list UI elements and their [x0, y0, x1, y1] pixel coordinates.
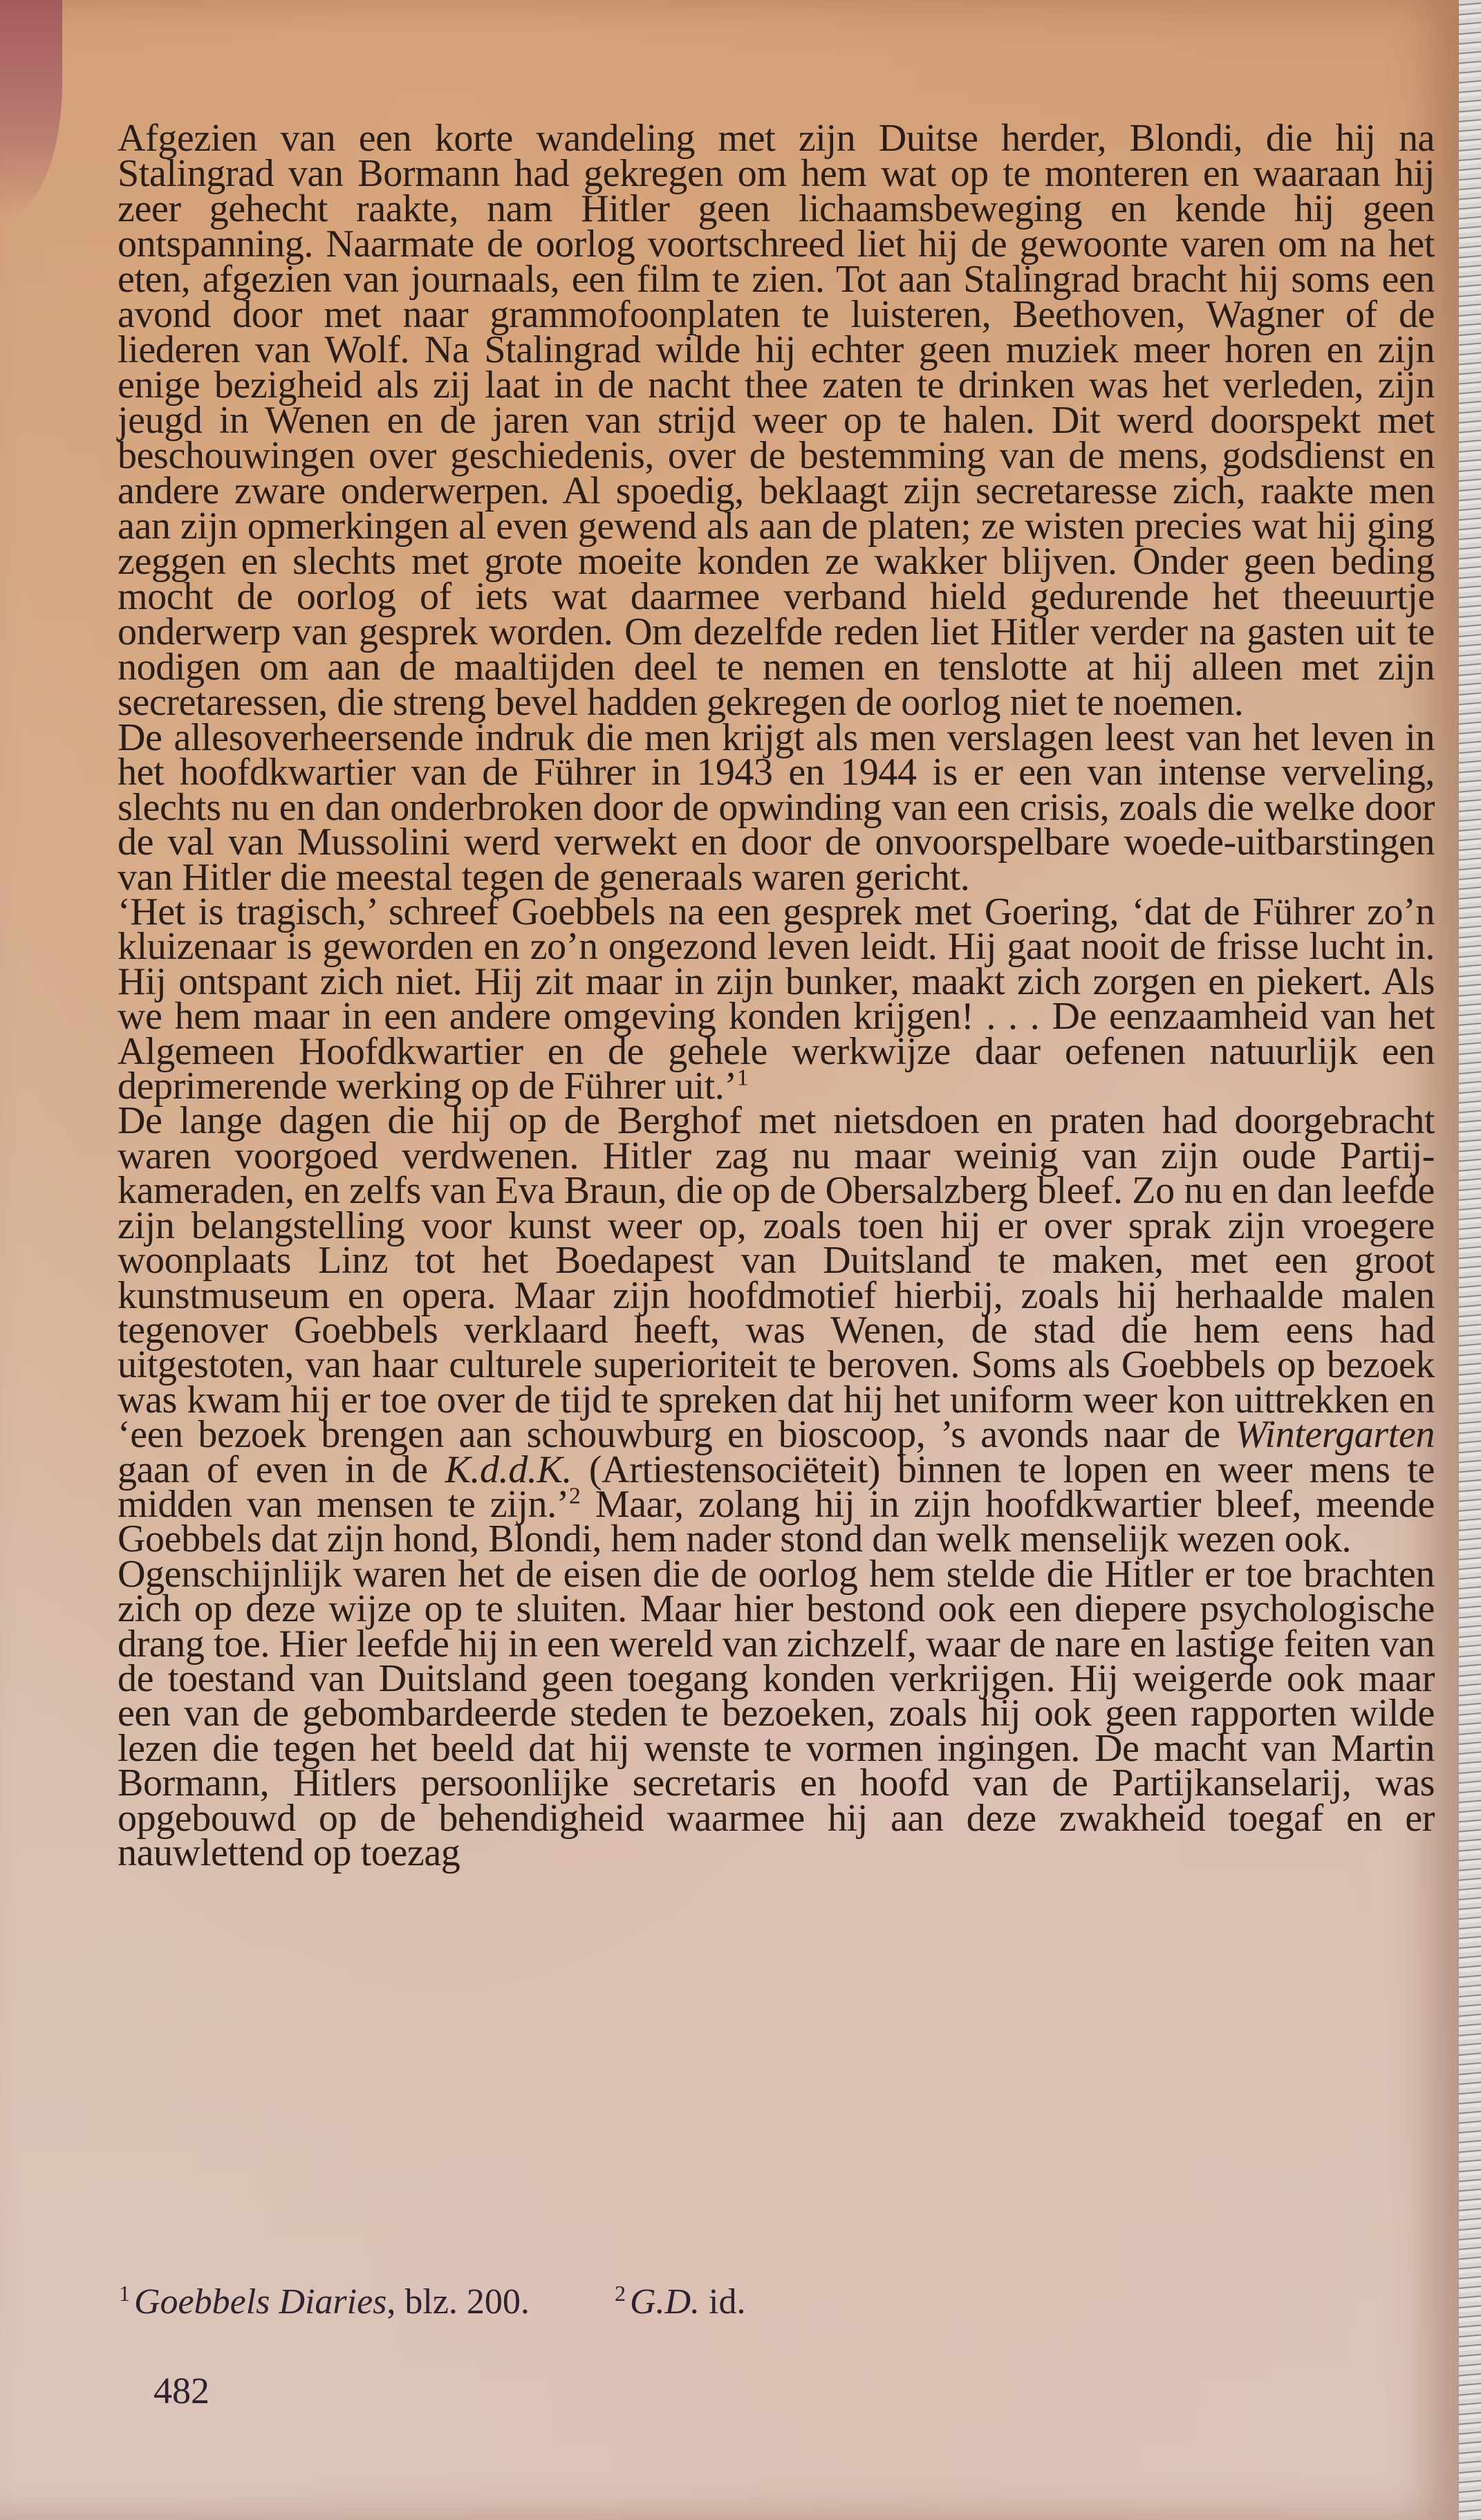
- paragraph-2: De allesoverheersende indruk die men kri…: [118, 720, 1435, 895]
- page-edges: [1459, 0, 1481, 2520]
- footnote-2: 2G.D. id.: [615, 2281, 746, 2322]
- footnote-2-rest: id.: [700, 2282, 745, 2322]
- book-page: Afgezien van een korte wandeling met zij…: [0, 0, 1459, 2520]
- footnote-1: 1Goebbels Diaries, blz. 200.: [119, 2281, 530, 2322]
- paragraph-5: Ogenschijnlijk waren het de eisen die de…: [118, 1557, 1435, 1871]
- paragraph-1: Afgezien van een korte wandeling met zij…: [118, 121, 1435, 720]
- paragraph-3-text: ‘Het is tragisch,’ schreef Goebbels na e…: [118, 890, 1435, 1108]
- paragraph-4: De lange dagen die hij op de Berghof met…: [118, 1103, 1435, 1556]
- footnote-1-rest: , blz. 200.: [386, 2282, 530, 2322]
- footnote-ref-1: 1: [737, 1065, 749, 1090]
- footnote-1-title: Goebbels Diaries: [134, 2282, 386, 2322]
- footnote-2-title: G.D.: [630, 2282, 700, 2322]
- footnote-2-number: 2: [615, 2281, 626, 2306]
- paragraph-3: ‘Het is tragisch,’ schreef Goebbels na e…: [118, 895, 1435, 1103]
- paragraph-4-text-a: De lange dagen die hij op de Berghof met…: [118, 1099, 1435, 1456]
- footnotes: 1Goebbels Diaries, blz. 200. 2G.D. id.: [119, 2281, 822, 2322]
- page-number: 482: [153, 2369, 209, 2412]
- body-text: Afgezien van een korte wandeling met zij…: [118, 121, 1435, 1870]
- footnote-ref-2: 2: [569, 1483, 581, 1509]
- footnote-1-number: 1: [119, 2281, 130, 2306]
